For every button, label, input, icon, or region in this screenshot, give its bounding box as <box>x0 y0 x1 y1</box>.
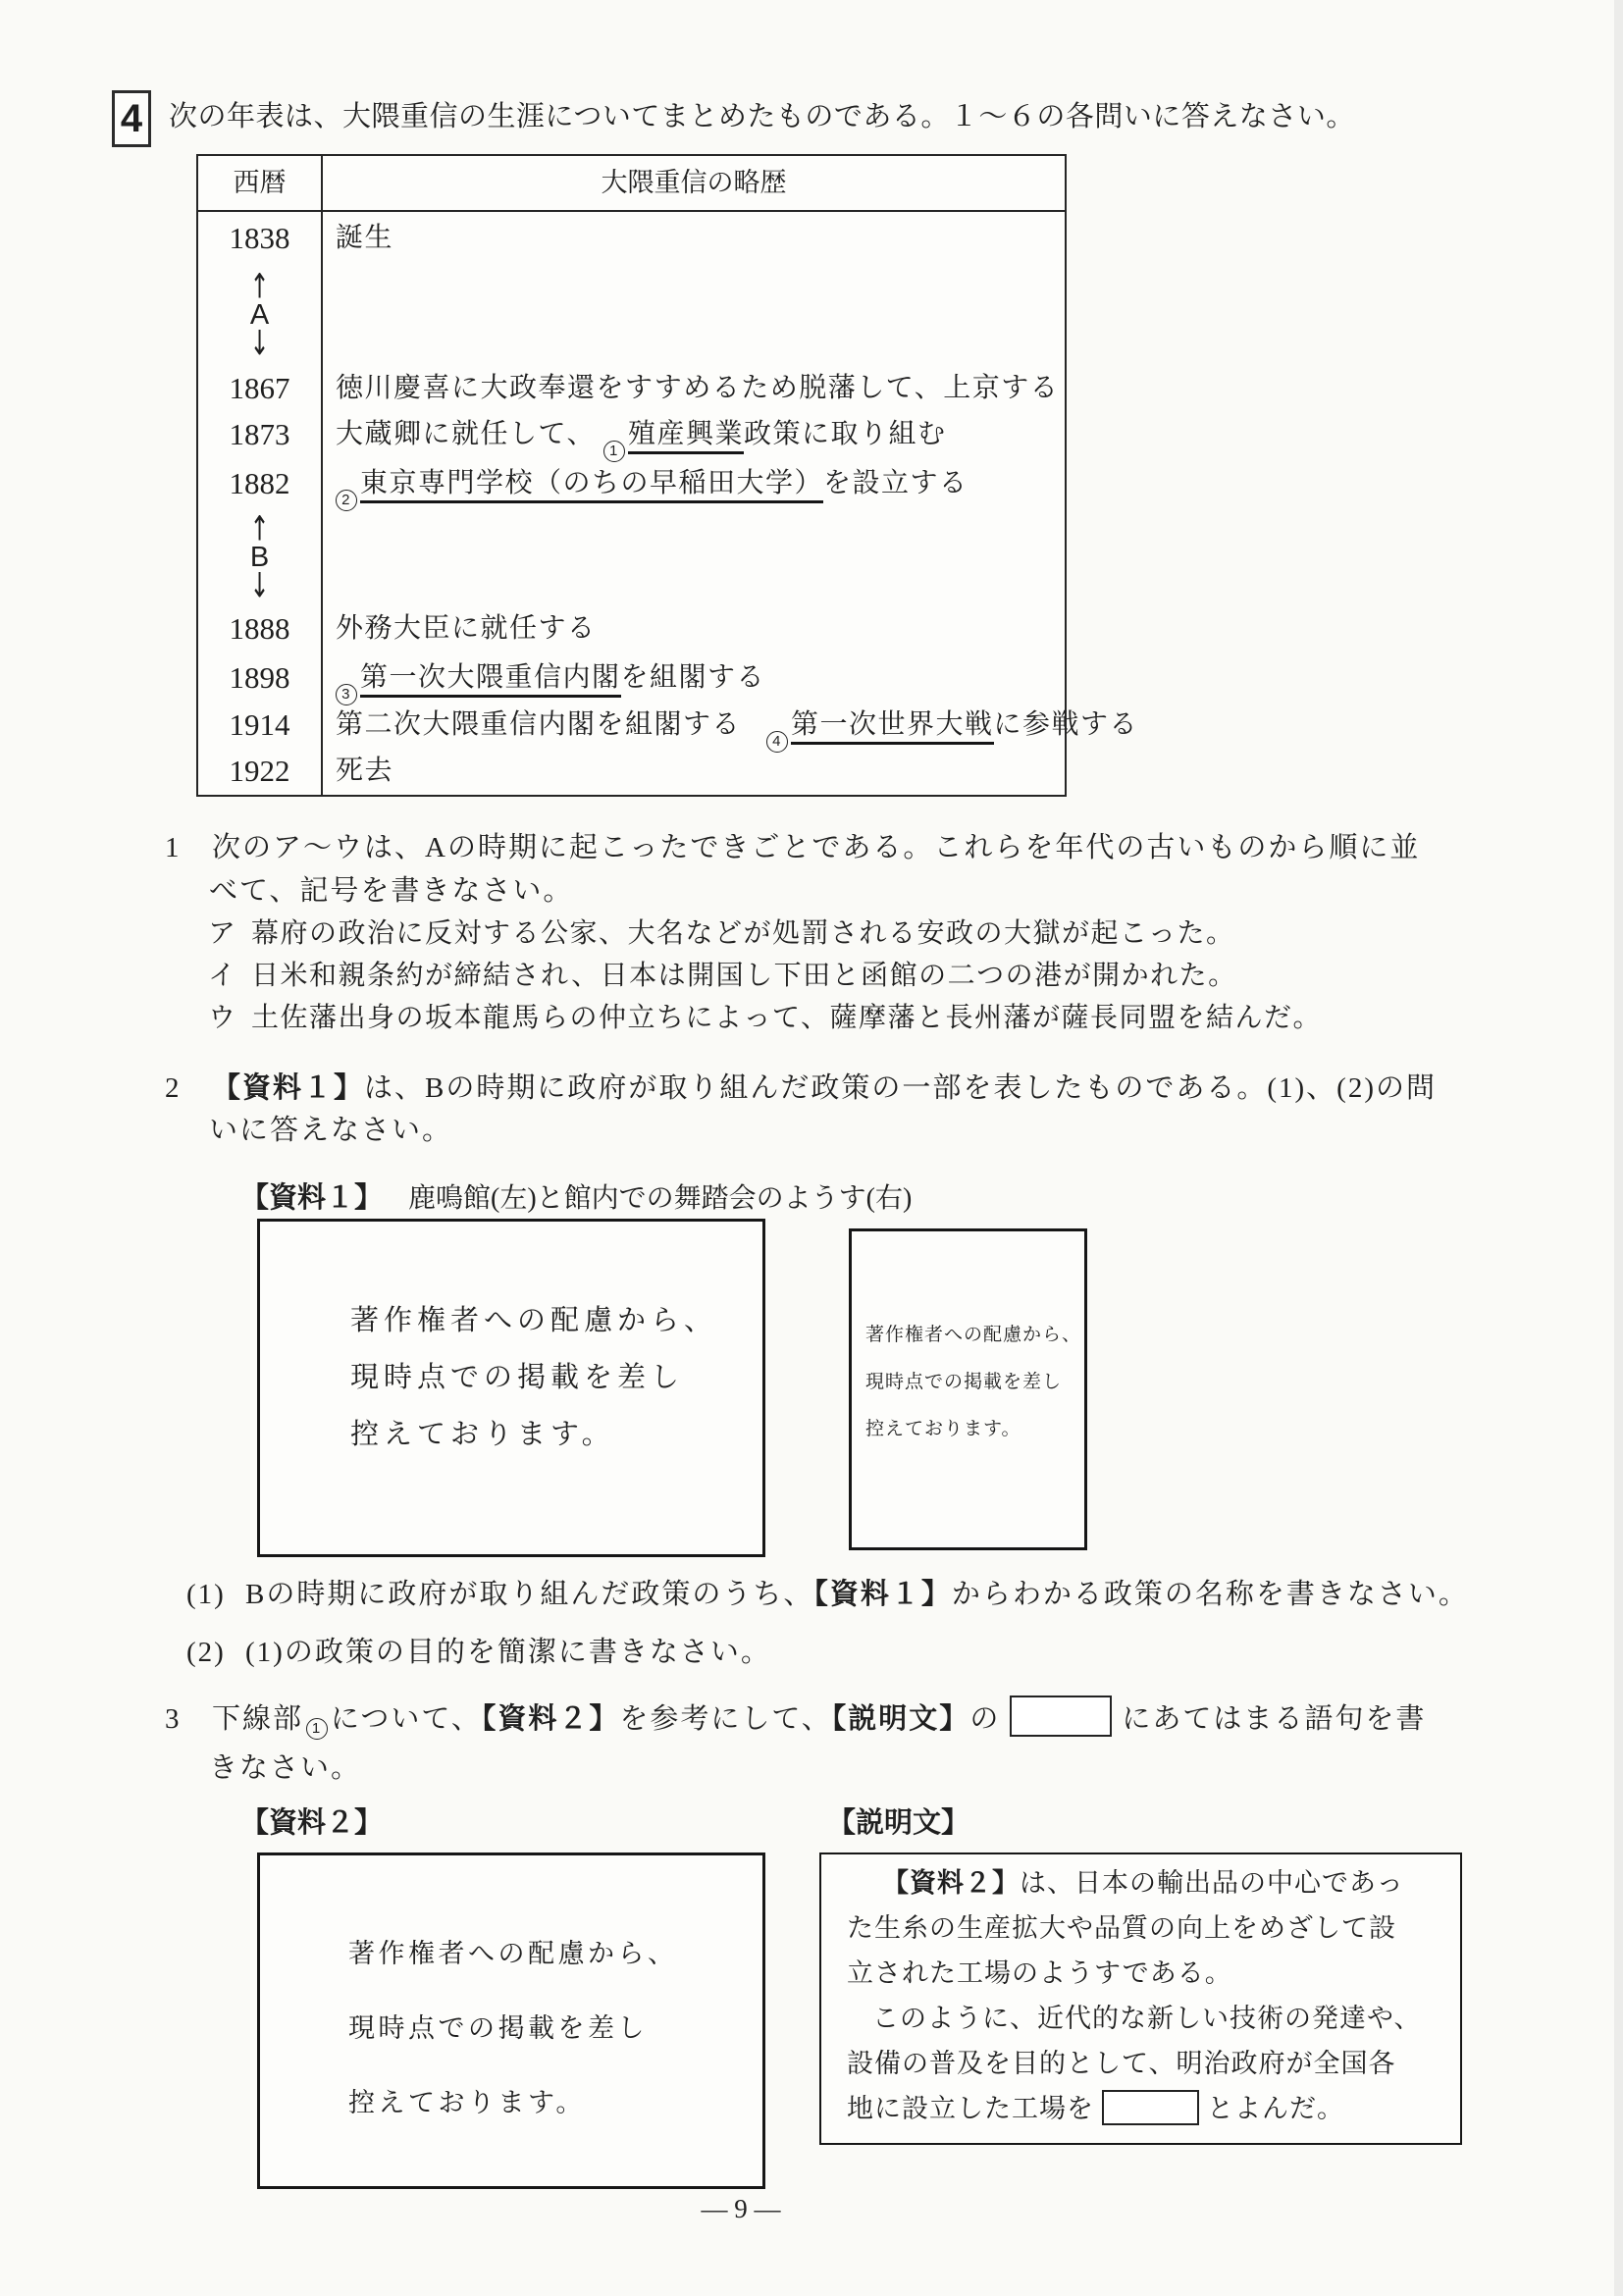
event-cell <box>323 264 1065 365</box>
history-column-header: 大隈重信の略歴 <box>323 156 1065 210</box>
event-cell: 3第一次大隈重信内閣を組閣する <box>323 653 1065 703</box>
timeline-table: 西暦 大隈重信の略歴 1838誕生↑A↓1867徳川慶喜に大政奉還をすすめるため… <box>196 154 1067 797</box>
setsumei-line1-text: は、日本の輸出品の中心であっ <box>1020 1868 1404 1898</box>
event-cell: 徳川慶喜に大政奉還をすすめるため脱藩して、上京する <box>323 365 1065 411</box>
event-text: 徳川慶喜に大政奉還をすすめるため脱藩して、上京する <box>336 373 1059 403</box>
question-3-text-d: の <box>969 1703 1000 1735</box>
timeline-rows: 1838誕生↑A↓1867徳川慶喜に大政奉還をすすめるため脱藩して、上京する18… <box>198 212 1065 795</box>
circled-number-icon: 4 <box>766 731 788 753</box>
copyright-notice-line: 現時点での掲載を差し <box>350 1349 762 1406</box>
event-text: 外務大臣に就任する <box>336 613 597 644</box>
year-cell: 1882 <box>198 457 323 509</box>
question-2-line2: いに答えなさい。 <box>209 1109 452 1152</box>
shiryo1-caption: 【資料１】鹿鳴館(左)と館内での舞踏会のようす(右) <box>240 1175 912 1216</box>
arrow-up-icon: ↑ <box>249 269 269 303</box>
setsumei-label: 【説明文】 <box>827 1800 969 1841</box>
year-cell: 1867 <box>198 365 323 411</box>
sub1-text-post: からわかる政策の名称を書きなさい。 <box>952 1579 1469 1610</box>
setsumei-line3: 立された工場のようすである。 <box>847 1951 1460 1996</box>
event-text: 政策に取り組む <box>744 419 947 449</box>
copyright-notice-line: 著作権者への配慮から、 <box>348 1916 762 1991</box>
event-cell: 第二次大隈重信内閣を組閣する4第一次世界大戦に参戦する <box>323 703 1138 748</box>
underlined-term: 第一次世界大戦 <box>791 709 994 745</box>
page-number: ― 9 ― <box>0 2194 1482 2224</box>
shiryo2-image-placeholder: 著作権者への配慮から、 現時点での掲載を差し 控えております。 <box>257 1852 765 2189</box>
shiryo1-caption-label: 【資料１】 <box>240 1182 383 1214</box>
event-cell: 死去 <box>323 748 1065 795</box>
sub1-number: (1) <box>186 1573 245 1616</box>
year-column-header: 西暦 <box>198 156 323 210</box>
copyright-notice-line: 著作権者への配慮から、 <box>865 1312 1084 1359</box>
event-text: 死去 <box>336 756 393 786</box>
option-u-text: 土佐藩出身の坂本龍馬らの仲立ちによって、薩摩藩と長州藩が薩長同盟を結んだ。 <box>251 1003 1322 1033</box>
event-cell: 誕生 <box>323 212 1065 264</box>
timeline-row: 1838誕生 <box>198 212 1065 264</box>
shiryo2-ref-label: 【資料２】 <box>482 1703 620 1735</box>
shiryo1-ref-label: 【資料１】 <box>212 1072 364 1104</box>
option-a: ア幕府の政治に反対する公家、大名などが処罰される安政の大獄が起こった。 <box>208 913 1234 956</box>
arrow-up-icon: ↑ <box>249 511 269 546</box>
copyright-notice-line: 現時点での掲載を差し <box>865 1359 1084 1406</box>
event-text: 第二次大隈重信内閣を組閣する <box>336 709 741 740</box>
shiryo2-label: 【資料２】 <box>240 1800 383 1841</box>
circled-number-icon: 2 <box>336 490 357 511</box>
timeline-row: 18983第一次大隈重信内閣を組閣する <box>198 653 1065 703</box>
setsumei-box: 【資料２】は、日本の輸出品の中心であっ た生糸の生産拡大や品質の向上をめざして設… <box>819 1852 1462 2145</box>
option-a-text: 幕府の政治に反対する公家、大名などが処罰される安政の大獄が起こった。 <box>251 918 1234 949</box>
question-1-line2: べて、記号を書きなさい。 <box>209 869 573 913</box>
setsumei-ref-label: 【説明文】 <box>832 1703 970 1735</box>
question-2-sub2: (2)(1)の政策の目的を簡潔に書きなさい。 <box>186 1631 771 1674</box>
timeline-row: 18822東京専門学校（のちの早稲田大学）を設立する <box>198 457 1065 509</box>
year-cell: 1914 <box>198 703 323 748</box>
timeline-row: 1867徳川慶喜に大政奉還をすすめるため脱藩して、上京する <box>198 365 1065 411</box>
arrow-down-icon: ↓ <box>249 326 269 360</box>
timeline-row: 1888外務大臣に就任する <box>198 604 1065 653</box>
circled-number-icon: 3 <box>336 684 357 705</box>
underlined-term: 第一次大隈重信内閣 <box>360 662 621 698</box>
setsumei-line6: 地に設立した工場をとよんだ。 <box>847 2086 1460 2131</box>
circled-number-icon: 1 <box>603 441 625 462</box>
question-3-line1: 3下線部1について、【資料２】を参考にして、【説明文】のにあてはまる語句を書 <box>165 1696 1426 1741</box>
year-cell: 1888 <box>198 604 323 653</box>
timeline-table-header: 西暦 大隈重信の略歴 <box>198 156 1065 212</box>
question-3-number: 3 <box>165 1697 212 1741</box>
copyright-notice-line: 控えております。 <box>350 1406 762 1463</box>
period-marker-B: ↑B↓ <box>249 517 269 598</box>
exam-page: 4 次の年表は、大隈重信の生涯についてまとめたものである。１～６の各問いに答えな… <box>0 0 1623 2296</box>
sub2-text: (1)の政策の目的を簡潔に書きなさい。 <box>245 1637 771 1668</box>
shiryo1-right-image-placeholder: 著作権者への配慮から、 現時点での掲載を差し 控えております。 <box>849 1228 1087 1550</box>
arrow-down-icon: ↓ <box>249 568 269 602</box>
underlined-term: 東京専門学校（のちの早稲田大学） <box>360 468 823 503</box>
copyright-notice-line: 控えております。 <box>348 2065 762 2140</box>
timeline-marker-row: ↑A↓ <box>198 264 1065 365</box>
question-2-sub1: (1)Bの時期に政府が取り組んだ政策のうち、【資料１】からわかる政策の名称を書き… <box>186 1573 1469 1616</box>
setsumei-line6-text-a: 地に設立した工場を <box>847 2094 1094 2123</box>
question-3-text-a: 下線部 <box>212 1703 303 1735</box>
timeline-row: 1873大蔵卿に就任して、1殖産興業政策に取り組む <box>198 411 1065 457</box>
question-3-text-b: について、 <box>331 1703 482 1735</box>
question-2-text: は、Bの時期に政府が取り組んだ政策の一部を表したものである。(1)、(2)の問 <box>364 1072 1437 1104</box>
timeline-row: 1922死去 <box>198 748 1065 795</box>
question-number-badge: 4 <box>112 90 151 147</box>
year-cell: 1898 <box>198 653 323 703</box>
shiryo1-caption-text: 鹿鳴館(左)と館内での舞踏会のようす(右) <box>408 1183 912 1214</box>
question-3-line2: きなさい。 <box>209 1747 361 1790</box>
event-cell: 大蔵卿に就任して、1殖産興業政策に取り組む <box>323 411 1065 457</box>
setsumei-line6-text-b: とよんだ。 <box>1207 2094 1344 2123</box>
underlined-term: 殖産興業 <box>628 419 744 454</box>
year-cell: 1838 <box>198 212 323 264</box>
copyright-notice-line: 現時点での掲載を差し <box>348 1991 762 2065</box>
question-1-line1: 1次のア～ウは、Aの時期に起こったできごとである。これらを年代の古いものから順に… <box>165 826 1420 869</box>
question-3-text-e: にあてはまる語句を書 <box>1122 1703 1426 1735</box>
year-cell: ↑B↓ <box>198 509 323 604</box>
event-cell <box>323 509 1065 604</box>
timeline-row: 1914第二次大隈重信内閣を組閣する4第一次世界大戦に参戦する <box>198 703 1065 748</box>
event-text: を組閣する <box>621 662 766 693</box>
option-i-label: イ <box>208 955 251 998</box>
event-text: 誕生 <box>336 223 393 253</box>
question-2-number: 2 <box>165 1067 212 1110</box>
option-u: ウ土佐藩出身の坂本龍馬らの仲立ちによって、薩摩藩と長州藩が薩長同盟を結んだ。 <box>208 997 1322 1040</box>
answer-blank-box <box>1102 2090 1199 2125</box>
timeline-marker-row: ↑B↓ <box>198 509 1065 604</box>
question-intro: 次の年表は、大隈重信の生涯についてまとめたものである。１～６の各問いに答えなさい… <box>169 99 1355 134</box>
option-u-label: ウ <box>208 997 251 1040</box>
event-text: に参戦する <box>994 709 1139 740</box>
question-3-text-c: を参考にして、 <box>619 1703 831 1735</box>
shiryo2-ref-label: 【資料２】 <box>882 1868 1020 1898</box>
question-2-line1: 2【資料１】は、Bの時期に政府が取り組んだ政策の一部を表したものである。(1)、… <box>165 1067 1437 1110</box>
year-cell: ↑A↓ <box>198 264 323 365</box>
scan-edge-shadow <box>1614 0 1623 2296</box>
event-text: 大蔵卿に就任して、 <box>336 419 596 449</box>
sub1-text-pre: Bの時期に政府が取り組んだ政策のうち、 <box>245 1579 813 1610</box>
event-cell: 外務大臣に就任する <box>323 604 1065 653</box>
shiryo1-left-image-placeholder: 著作権者への配慮から、 現時点での掲載を差し 控えております。 <box>257 1219 765 1557</box>
setsumei-line4: このように、近代的な新しい技術の発達や、 <box>847 1996 1460 2041</box>
setsumei-line1: 【資料２】は、日本の輸出品の中心であっ <box>847 1860 1460 1905</box>
question-1-text: 次のア～ウは、Aの時期に起こったできごとである。これらを年代の古いものから順に並 <box>212 832 1420 863</box>
answer-blank-box <box>1010 1696 1112 1737</box>
shiryo1-ref-label: 【資料１】 <box>813 1579 952 1610</box>
sub2-number: (2) <box>186 1631 245 1674</box>
option-i: イ日米和親条約が締結され、日本は開国し下田と函館の二つの港が開かれた。 <box>208 955 1237 998</box>
option-a-label: ア <box>208 913 251 956</box>
year-cell: 1922 <box>198 748 323 795</box>
event-cell: 2東京専門学校（のちの早稲田大学）を設立する <box>323 457 1065 509</box>
copyright-notice-line: 著作権者への配慮から、 <box>350 1292 762 1349</box>
event-text: を設立する <box>823 468 969 498</box>
copyright-notice-line: 控えております。 <box>865 1406 1084 1453</box>
setsumei-line2: た生糸の生産拡大や品質の向上をめざして設 <box>847 1905 1460 1951</box>
option-i-text: 日米和親条約が締結され、日本は開国し下田と函館の二つの港が開かれた。 <box>251 961 1237 991</box>
period-marker-A: ↑A↓ <box>249 275 269 355</box>
question-1-number: 1 <box>165 826 212 869</box>
year-cell: 1873 <box>198 411 323 457</box>
circled-number-icon: 1 <box>306 1718 328 1740</box>
setsumei-line5: 設備の普及を目的として、明治政府が全国各 <box>847 2041 1460 2086</box>
